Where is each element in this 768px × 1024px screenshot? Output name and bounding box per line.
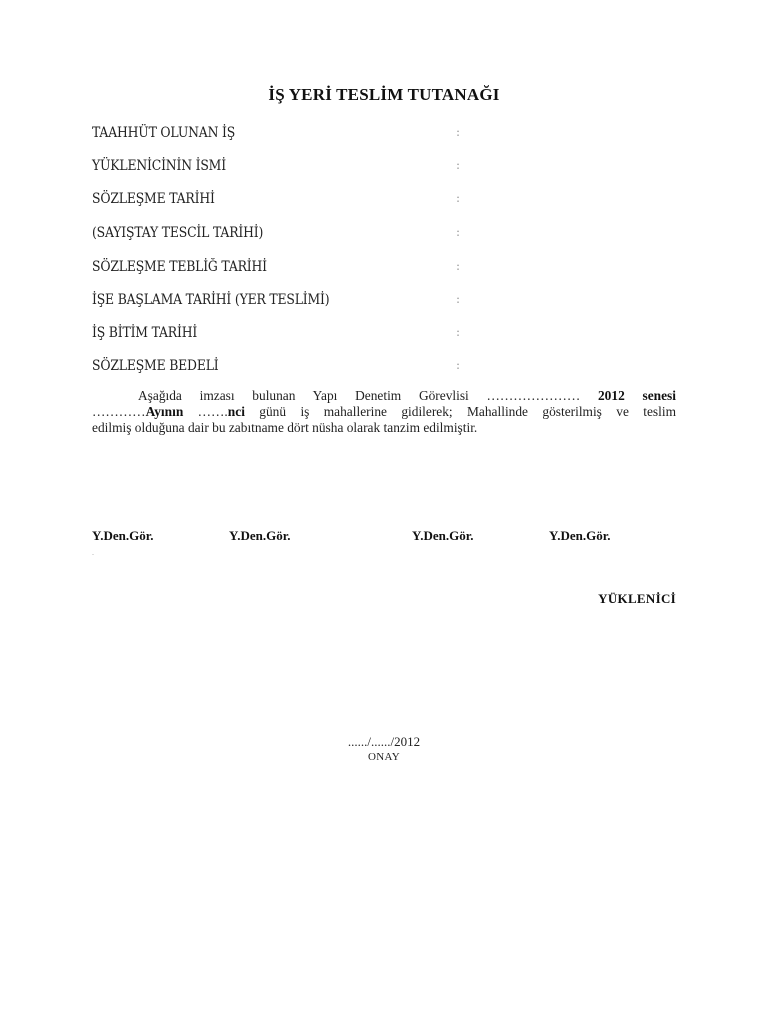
signatory-1: Y.Den.Gör. [92,528,154,544]
signatory-2: Y.Den.Gör. [229,528,291,544]
paragraph-line-1: Aşağıda imzası bulunan Yapı Denetim Göre… [92,388,676,404]
field-sozlesme-bedeli: SÖZLEŞME BEDELİ : [92,358,492,378]
contractor-label: YÜKLENİCİ [598,591,676,607]
field-separator: : [456,325,460,339]
signatory-3: Y.Den.Gör. [412,528,474,544]
field-taahhut-olunan-is: TAAHHÜT OLUNAN İŞ : [92,125,492,145]
document-page: İŞ YERİ TESLİM TUTANAĞI TAAHHÜT OLUNAN İ… [0,0,768,1024]
field-label: SÖZLEŞME BEDELİ [92,358,219,374]
paragraph-text: günü iş mahallerine gidilerek; Mahallind… [245,404,676,419]
field-label: İŞ BİTİM TARİHİ [92,325,197,341]
field-ise-baslama-tarihi: İŞE BAŞLAMA TARİHİ (YER TESLİMİ) : [92,292,492,312]
field-sayistay-tescil-tarihi: (SAYIŞTAY TESCİL TARİHİ) : [92,225,492,245]
field-label: YÜKLENİCİNİN İSMİ [92,158,226,174]
paragraph-year-bold: 2012 senesi [598,388,676,403]
field-sozlesme-teblig-tarihi: SÖZLEŞME TEBLİĞ TARİHİ : [92,259,492,279]
field-separator: : [456,125,460,139]
field-label: SÖZLEŞME TARİHİ [92,191,215,207]
field-separator: : [456,191,460,205]
paragraph-dots: ……. [183,404,228,419]
paragraph-line-2: …………Ayının …….nci günü iş mahallerine gi… [92,404,676,420]
statement-paragraph: Aşağıda imzası bulunan Yapı Denetim Göre… [92,388,676,436]
field-label: İŞE BAŞLAMA TARİHİ (YER TESLİMİ) [92,292,329,308]
field-label: SÖZLEŞME TEBLİĞ TARİHİ [92,259,267,275]
field-separator: : [456,259,460,273]
paragraph-line-3: edilmiş olduğuna dair bu zabıtname dört … [92,420,676,436]
field-sozlesme-tarihi: SÖZLEŞME TARİHİ : [92,191,492,211]
paragraph-text: Aşağıda imzası bulunan Yapı Denetim Göre… [138,388,580,403]
field-separator: : [456,225,460,239]
signatory-4: Y.Den.Gör. [549,528,611,544]
approval-date: ....../....../2012 [0,734,768,750]
field-separator: : [456,158,460,172]
paragraph-month-bold: Ayının [146,404,184,419]
document-title: İŞ YERİ TESLİM TUTANAĞI [0,85,768,105]
field-is-bitim-tarihi: İŞ BİTİM TARİHİ : [92,325,492,345]
field-separator: : [456,292,460,306]
small-mark: . [92,548,94,557]
field-label: (SAYIŞTAY TESCİL TARİHİ) [92,225,263,241]
field-yuklenicinin-ismi: YÜKLENİCİNİN İSMİ : [92,158,492,178]
field-label: TAAHHÜT OLUNAN İŞ [92,125,235,141]
paragraph-dots: ………… [92,404,146,419]
approval-label: ONAY [0,751,768,763]
field-separator: : [456,358,460,372]
paragraph-day-suffix-bold: nci [228,404,245,419]
